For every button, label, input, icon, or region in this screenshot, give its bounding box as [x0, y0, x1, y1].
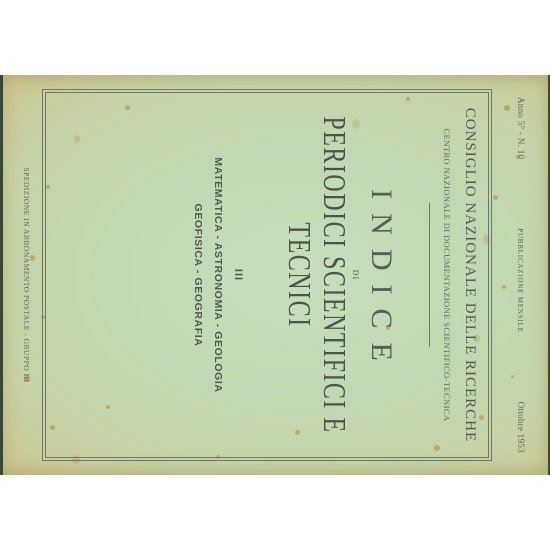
cover-title: INDICE [364, 75, 398, 475]
document-cover: Anno 5° - N. 10 PUBBLICAZIONE MENSILE Ot… [0, 75, 550, 475]
publisher-name: CONSIGLIO NAZIONALE DELLE RICERCHE [461, 75, 478, 475]
cover-bottom-edge [0, 75, 3, 475]
title-connector: DI [351, 75, 360, 475]
divider-rule [429, 203, 430, 347]
double-border-frame [42, 89, 492, 461]
publication-frequency: PUBBLICAZIONE MENSILE [516, 228, 524, 333]
issue-number: Anno 5° - N. 10 [516, 97, 526, 159]
postal-note: SPEDIZIONE IN ABBONAMENTO POSTALE - GRUP… [22, 75, 31, 475]
subjects-line-1: MATEMATICA - ASTRONOMIA - GEOLOGIA [212, 75, 224, 475]
document-photo: Anno 5° - N. 10 PUBBLICAZIONE MENSILE Ot… [0, 75, 550, 475]
publisher-division: CENTRO NAZIONALE DI DOCUMENTAZIONE SCIEN… [442, 75, 452, 475]
cover-subtitle: PERIODICI SCIENTIFICI E TECNICI [280, 75, 350, 475]
volume-number: III [232, 75, 244, 475]
masthead-line: Anno 5° - N. 10 PUBBLICAZIONE MENSILE Ot… [516, 97, 526, 453]
subjects-line-2: GEOFISICA - GEOGRAFIA [192, 75, 204, 475]
issue-date: Ottobre 1953 [516, 402, 526, 453]
